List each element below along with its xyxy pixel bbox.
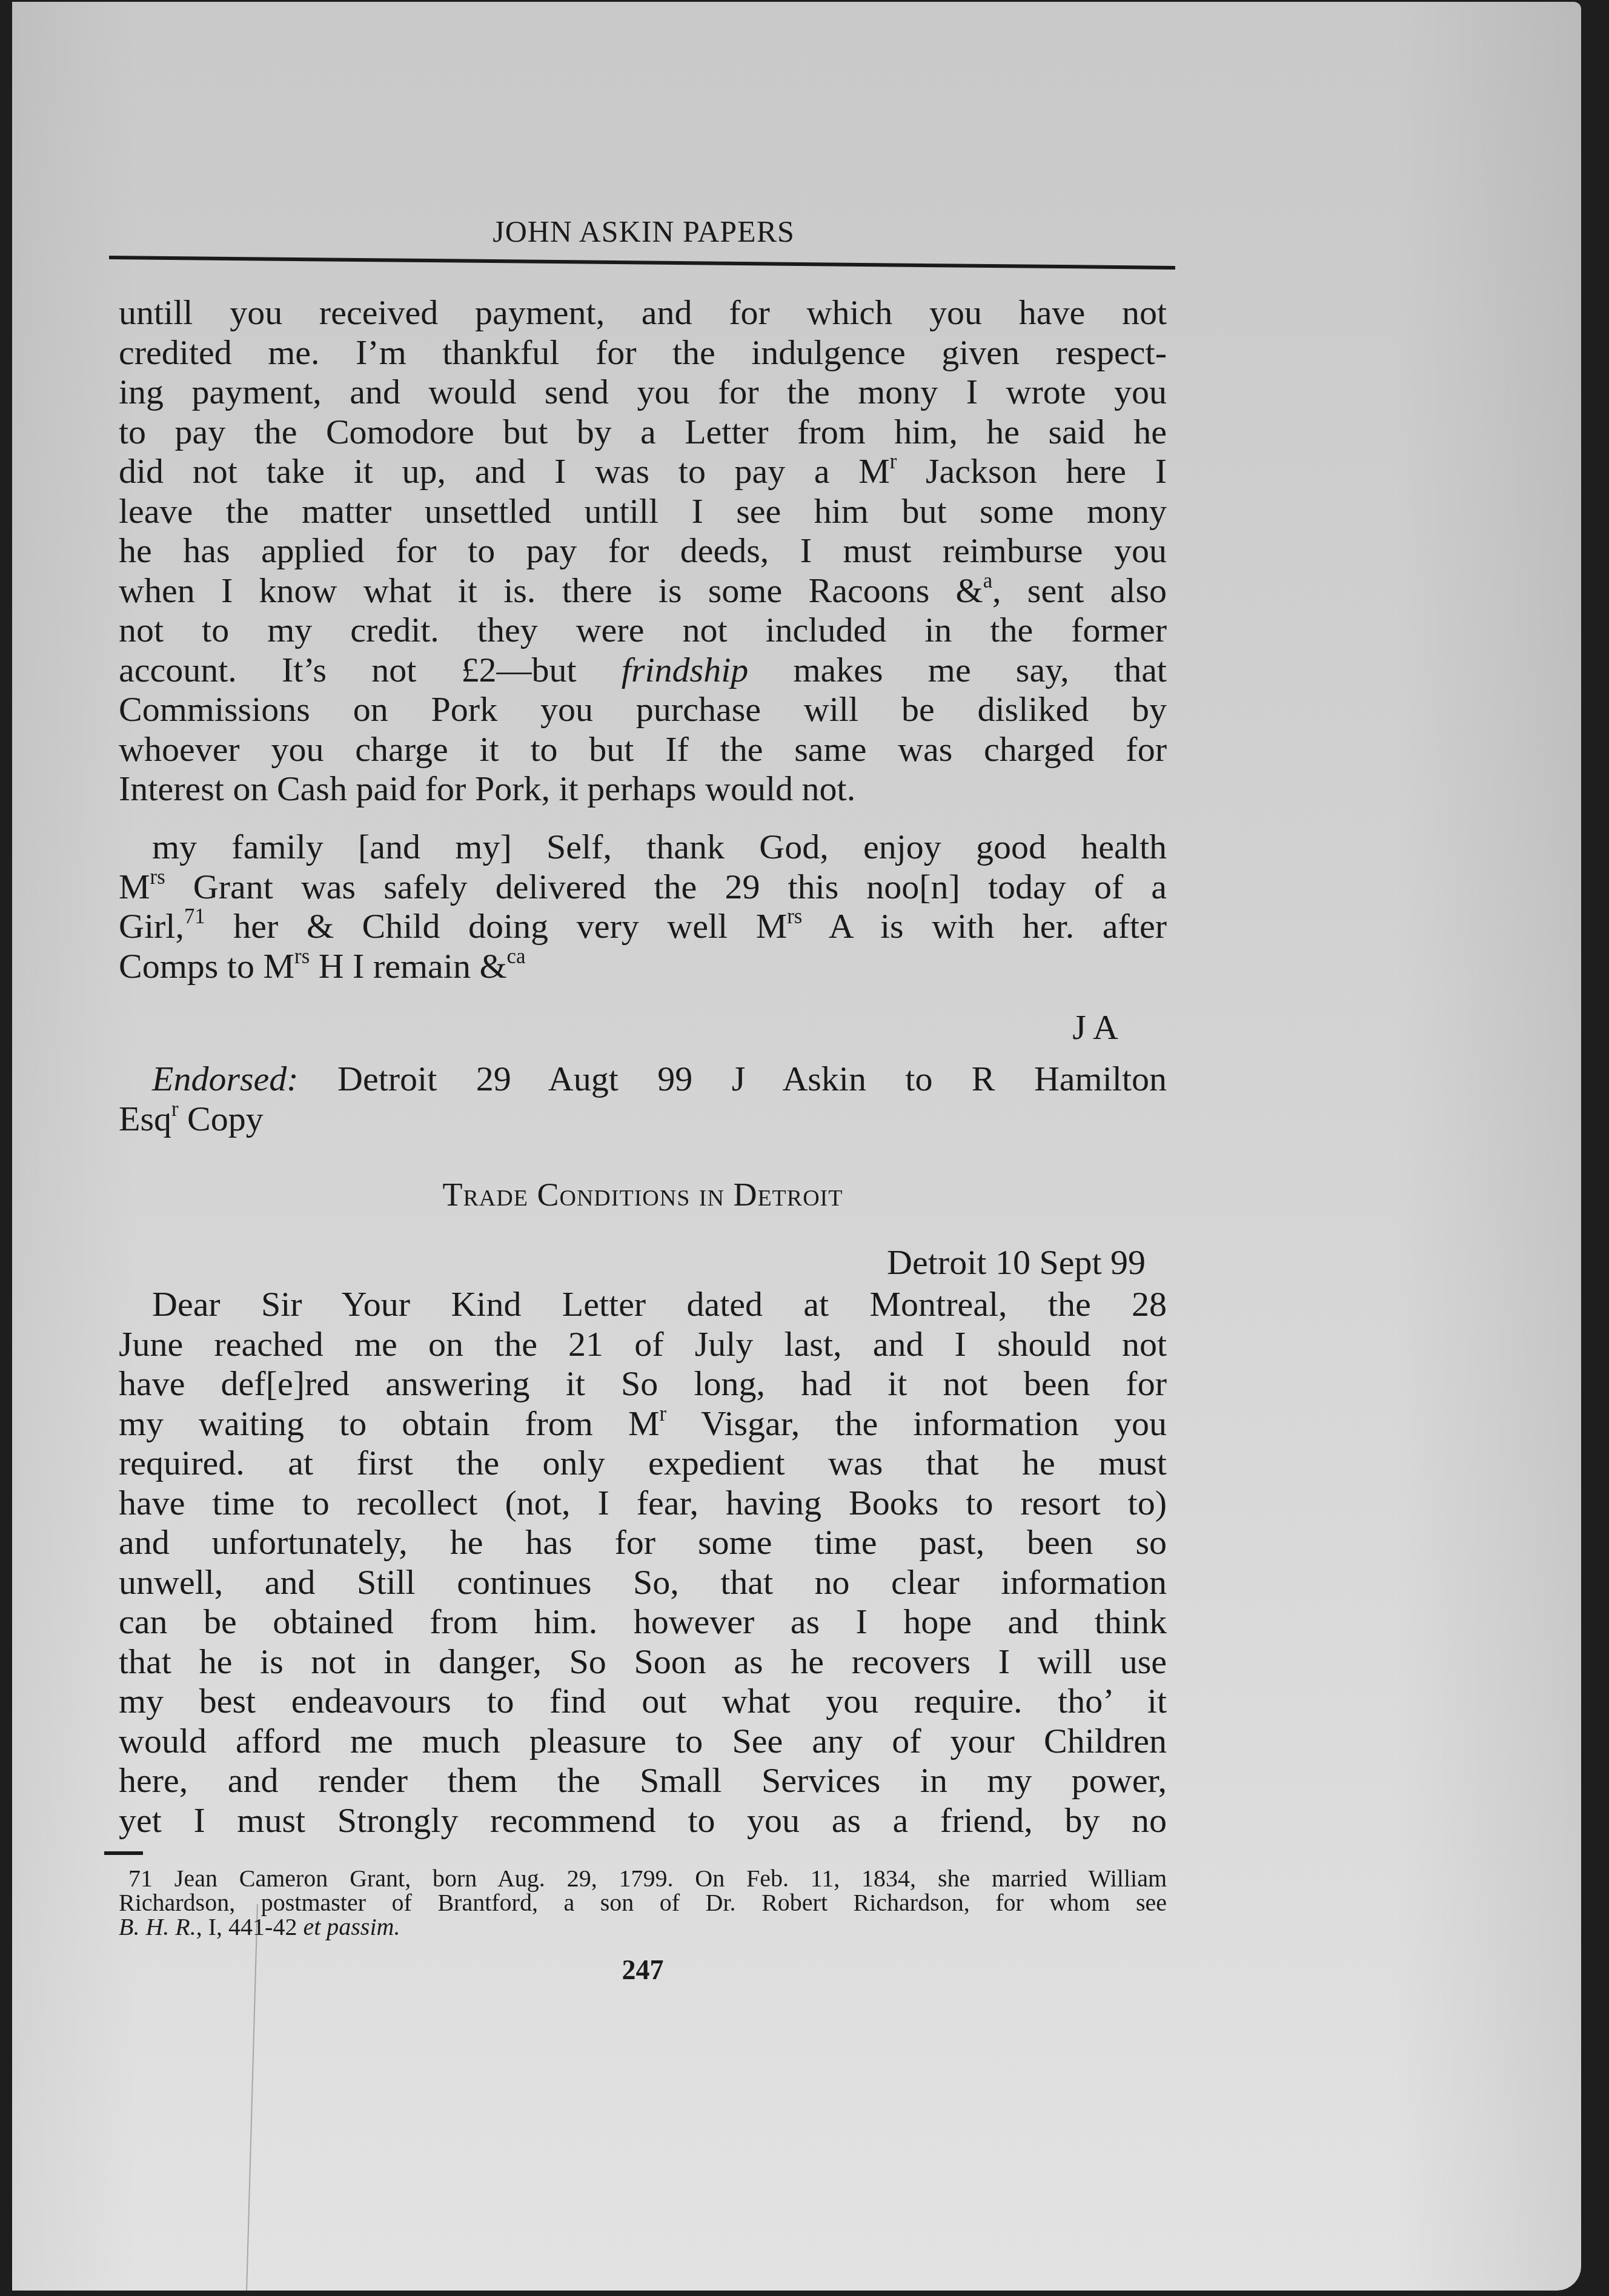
text-line: untill you received payment, and for whi… <box>119 293 1167 333</box>
section-title: Trade Conditions in Detroit <box>119 1176 1167 1213</box>
text-line: yet I must Strongly recommend to you as … <box>119 1800 1167 1840</box>
dateline: Detroit 10 Sept 99 <box>119 1243 1167 1282</box>
signature: J A <box>119 1007 1167 1047</box>
footnote-ref[interactable]: 71 <box>184 904 205 928</box>
footnote-line: 71 Jean Cameron Grant, born Aug. 29, 179… <box>119 1866 1167 1891</box>
page-number: 247 <box>119 1954 1167 1986</box>
book-page: JOHN ASKIN PAPERS untill you received pa… <box>12 2 1581 2291</box>
text-line: not to my credit. they were not included… <box>119 610 1167 650</box>
text-line: whoever you charge it to but If the same… <box>119 729 1167 769</box>
text-line: Esqr Copy <box>119 1099 1167 1139</box>
footnote-line: B. H. R., I, 441-42 et passim. <box>119 1915 1167 1939</box>
text-line: would afford me much pleasure to See any… <box>119 1721 1167 1761</box>
text-line: unwell, and Still continues So, that no … <box>119 1562 1167 1602</box>
text-line: Commissions on Pork you purchase will be… <box>119 689 1167 729</box>
text-line: Interest on Cash paid for Pork, it perha… <box>119 769 1167 809</box>
letter1-closing: my family [and my] Self, thank God, enjo… <box>119 827 1167 986</box>
footnote-rule <box>104 1851 143 1855</box>
text-line: required. at first the only expedient wa… <box>119 1443 1167 1483</box>
footnote-line: Richardson, postmaster of Brantford, a s… <box>119 1891 1167 1915</box>
header-rule <box>109 256 1175 270</box>
text-line: June reached me on the 21 of July last, … <box>119 1324 1167 1364</box>
text-line: Girl,71 her & Child doing very well Mrs … <box>119 906 1167 946</box>
text-line: that he is not in danger, So Soon as he … <box>119 1642 1167 1682</box>
text-line: leave the matter unsettled untill I see … <box>119 491 1167 531</box>
text-line: account. It’s not £2—but frindship makes… <box>119 650 1167 690</box>
text-line: my family [and my] Self, thank God, enjo… <box>119 827 1167 867</box>
text-line: my waiting to obtain from Mr Visgar, the… <box>119 1404 1167 1444</box>
text-line: he has applied for to pay for deeds, I m… <box>119 531 1167 571</box>
text-line: can be obtained from him. however as I h… <box>119 1602 1167 1642</box>
text-line: when I know what it is. there is some Ra… <box>119 571 1167 611</box>
text-line: Comps to Mrs H I remain &ca <box>119 946 1167 986</box>
text-line: my best endeavours to find out what you … <box>119 1681 1167 1721</box>
text-line: Mrs Grant was safely delivered the 29 th… <box>119 867 1167 907</box>
text-line: and unfortunately, he has for some time … <box>119 1522 1167 1562</box>
text-line: did not take it up, and I was to pay a M… <box>119 451 1167 491</box>
text-line: ing payment, and would send you for the … <box>119 372 1167 412</box>
endorsement: Endorsed: Detroit 29 Augt 99 J Askin to … <box>119 1059 1167 1138</box>
text-line: here, and render them the Small Services… <box>119 1760 1167 1800</box>
letter2-body: Dear Sir Your Kind Letter dated at Montr… <box>119 1284 1167 1840</box>
letter1-body: untill you received payment, and for whi… <box>119 293 1167 809</box>
text-line: Endorsed: Detroit 29 Augt 99 J Askin to … <box>119 1059 1167 1099</box>
footnote-71: 71 Jean Cameron Grant, born Aug. 29, 179… <box>119 1866 1167 1939</box>
text-line: credited me. I’m thankful for the indulg… <box>119 333 1167 373</box>
text-line: to pay the Comodore but by a Letter from… <box>119 412 1167 452</box>
text-line: Dear Sir Your Kind Letter dated at Montr… <box>119 1284 1167 1324</box>
running-header: JOHN ASKIN PAPERS <box>118 214 1169 249</box>
text-line: have def[e]red answering it So long, had… <box>119 1364 1167 1404</box>
text-line: have time to recollect (not, I fear, hav… <box>119 1483 1167 1523</box>
